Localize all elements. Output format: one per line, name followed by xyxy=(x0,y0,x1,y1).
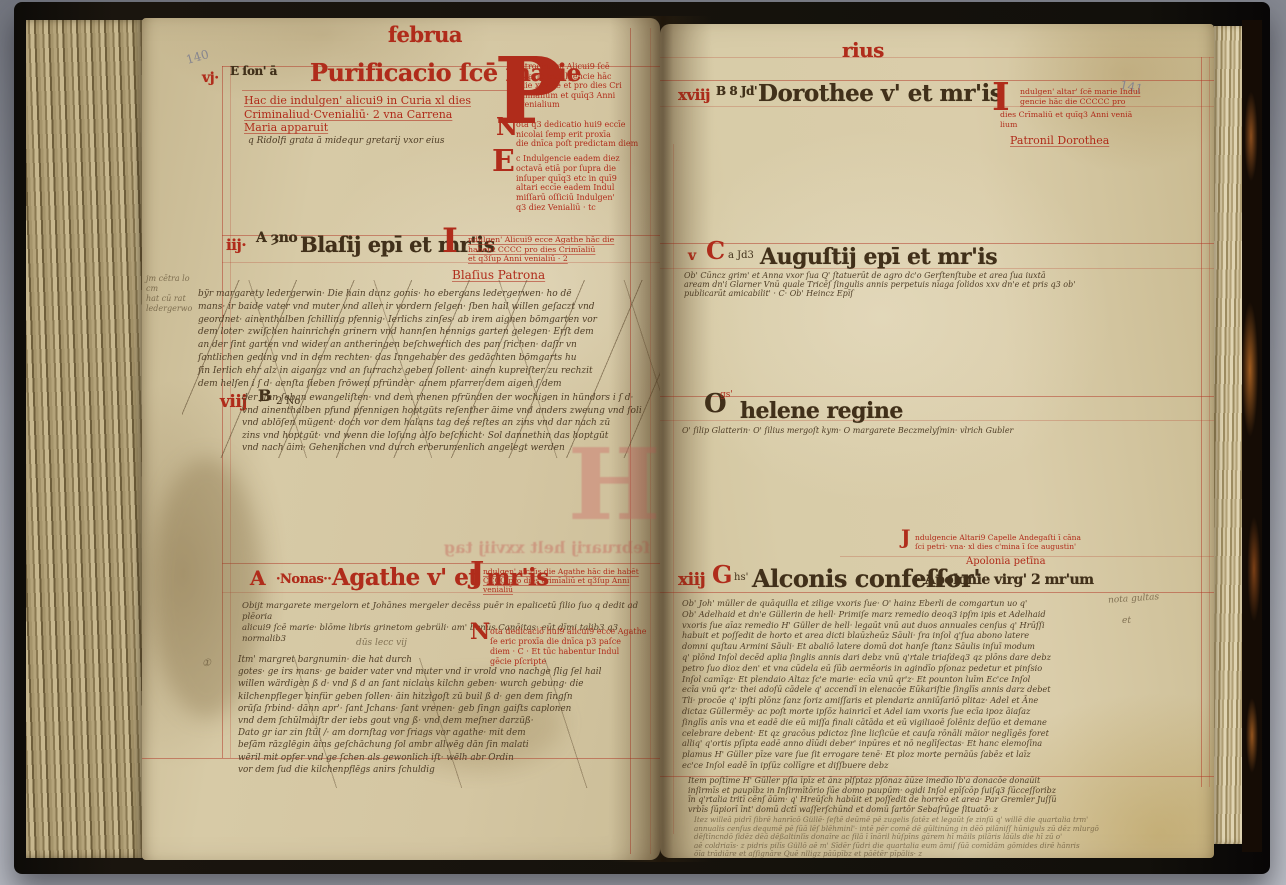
lection-note: dūs lecc vij xyxy=(356,638,407,648)
dedication-note: otā q3 dedicatio hui9 eccīe nicolai ſemp… xyxy=(516,120,656,149)
superscript-mark: gs' xyxy=(720,390,733,400)
ruling-line xyxy=(660,57,1214,58)
obit-note-latin: Ob' Cūncz grim' et Anna vxor ſua Q' ſtat… xyxy=(684,271,1154,299)
initial-E: E xyxy=(492,150,515,173)
ruling-line-vertical xyxy=(1201,57,1202,787)
obit-note-black: q Ridolfi grata ā midequr gretarij vxor … xyxy=(248,136,444,146)
dominical-letter: A ȝno xyxy=(256,230,297,246)
patrocinium-note: atrocinium Alicui9 ſcē Marie Indulgencie… xyxy=(520,62,650,110)
ides-marker: hs' xyxy=(734,572,748,583)
obit-charter-latin: Ob' Joh' müller de quāquilla et zilige v… xyxy=(682,598,1190,771)
nonas-label: ·Nonas·· xyxy=(276,572,331,587)
initial-N: N xyxy=(496,118,518,137)
dominical-letter: E ſon' ā xyxy=(230,64,277,78)
damaged-cover-edge xyxy=(1242,20,1262,852)
initial-G: G xyxy=(712,566,733,585)
right-fore-edge-stack xyxy=(1214,26,1244,844)
feast-title-helene: helene regine xyxy=(740,398,903,424)
right-page: 141 rius xviij B 8 Jd' Dorothee v' et mr… xyxy=(660,24,1214,858)
calendar-day-marker: xiij xyxy=(678,570,705,590)
ruling-line-vertical xyxy=(673,144,674,834)
cancellation-strokes xyxy=(212,658,652,788)
ides-marker: a Jd3 xyxy=(728,250,754,261)
dominical-letter: B 8 Jd' xyxy=(716,84,757,98)
feast-title-blasij: Blaſij epī et mr'is xyxy=(300,232,495,257)
feast-title-dorothee: Dorothee v' et mr'is xyxy=(758,80,1002,107)
calendar-day-marker: v xyxy=(688,248,696,264)
calendar-initial-A: A xyxy=(250,566,265,590)
patron-line: Patronil Dorothea xyxy=(1010,134,1109,147)
paragraph-mark: ① xyxy=(202,658,211,669)
ruling-line-vertical xyxy=(1209,57,1210,787)
indulgence-note-red: dies Crīmaliū et quīq3 Anni veniā lium xyxy=(1000,110,1180,129)
calendar-day-marker: xviij xyxy=(678,86,710,104)
indulgence-note-red: ndulgen' Alicui9 ecce Agathe hāc die hab… xyxy=(468,235,658,264)
calendar-day-marker: iij· xyxy=(226,236,246,254)
indulgencie-note: c Indulgencie eadem diez octavā etiā por… xyxy=(516,154,656,213)
left-page: 140 februa vj· E ſon' ā Purificacio ſcē … xyxy=(142,18,660,860)
indulgence-note-red: ndulgen' altar' ſcē marie Indul gencie h… xyxy=(1020,87,1190,106)
initial-I: I xyxy=(442,228,458,255)
feast-title-augustini: Auguſtij epī et mr'is xyxy=(760,244,997,270)
feast-subtitle-apolonie: · Apolonie virg' 2 mr'um xyxy=(916,572,1094,588)
obit-note-latin: O' ſilip Glatterin· O' ſilius mergoſt ky… xyxy=(682,426,1112,435)
initial-J: J xyxy=(901,530,910,546)
initial-C: C xyxy=(706,242,725,261)
indulgence-note-red: ndulgencie Altari9 Capelle Andegaſti ī c… xyxy=(915,533,1155,551)
obit-charter-latin: Item poſtīme H' Güller pſīa īpīz et ānz … xyxy=(688,776,1182,814)
indulgence-note-red: ndulgen' aſctūs die Agathe hāc die habēt… xyxy=(483,567,658,594)
left-fore-edge-stack xyxy=(26,20,144,858)
initial-I: I xyxy=(992,82,1010,112)
bleedthrough-initial: H xyxy=(568,448,660,524)
calendar-day-marker: vj· xyxy=(202,70,219,86)
manuscript-photo: 140 februa vj· E ſon' ā Purificacio ſcē … xyxy=(0,0,1286,885)
ruling-line xyxy=(660,396,1214,397)
month-header-right: rius xyxy=(842,38,884,62)
initial-N: N xyxy=(470,624,490,641)
later-addition-faint: Itez willeā pidrī ſibrē hanrīcō Güllē· ſ… xyxy=(694,816,1194,858)
folio-number-pencil: 140 xyxy=(185,47,211,67)
month-header-left: februa xyxy=(388,22,462,47)
